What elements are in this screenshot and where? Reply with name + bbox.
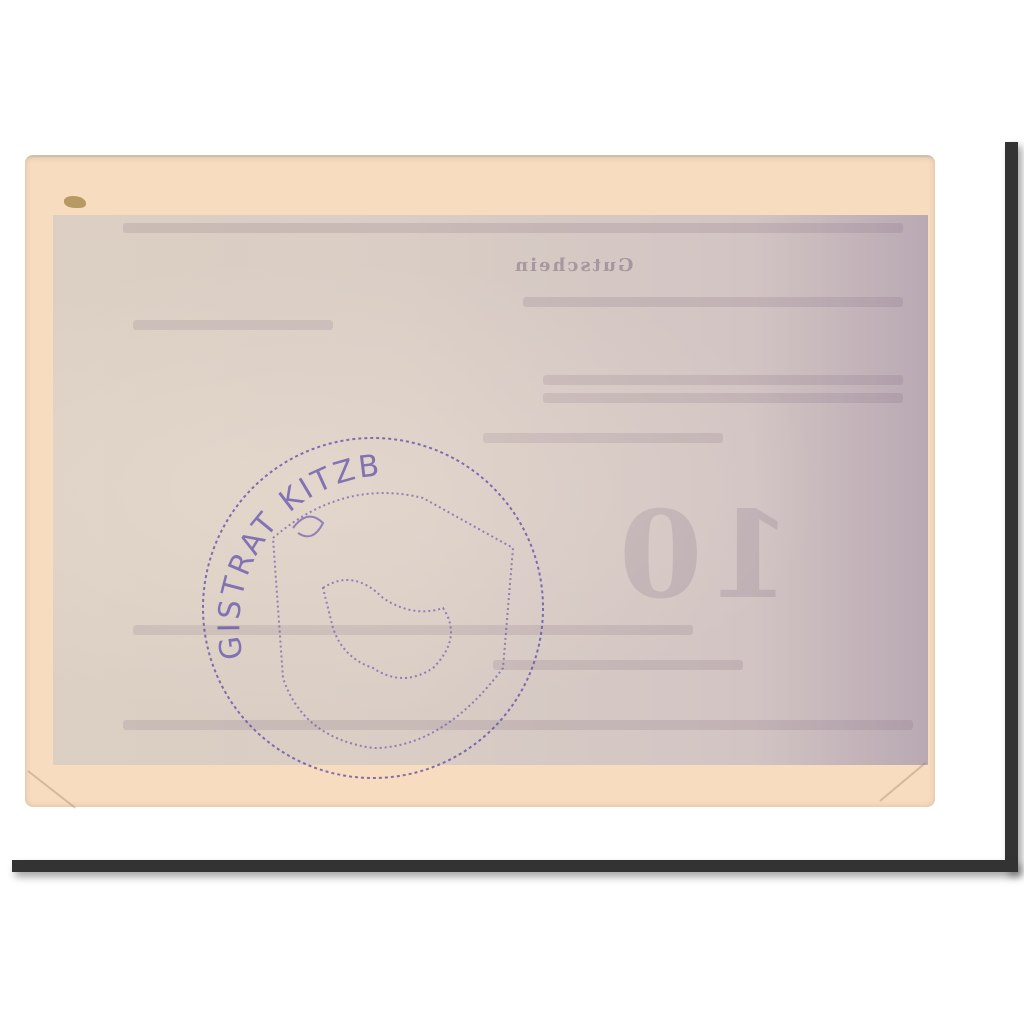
paper-stain (64, 196, 86, 208)
show-through-line (133, 320, 333, 330)
show-through-line (543, 393, 903, 403)
show-through-denomination: 10 (613, 485, 792, 626)
show-through-title: Gutschein (513, 255, 633, 276)
frame-shadow-bottom (12, 860, 1018, 872)
stamp-text: GISTRAT KITZB (212, 448, 384, 662)
coat-of-arms-shield (273, 493, 513, 748)
frame-shadow-right (1005, 142, 1018, 872)
coat-of-arms-animal (323, 580, 451, 678)
show-through-line (123, 223, 903, 233)
svg-text:GISTRAT KITZB: GISTRAT KITZB (212, 448, 384, 662)
show-through-line (523, 297, 903, 307)
municipal-stamp: GISTRAT KITZB (183, 418, 563, 798)
show-through-line (543, 375, 903, 385)
